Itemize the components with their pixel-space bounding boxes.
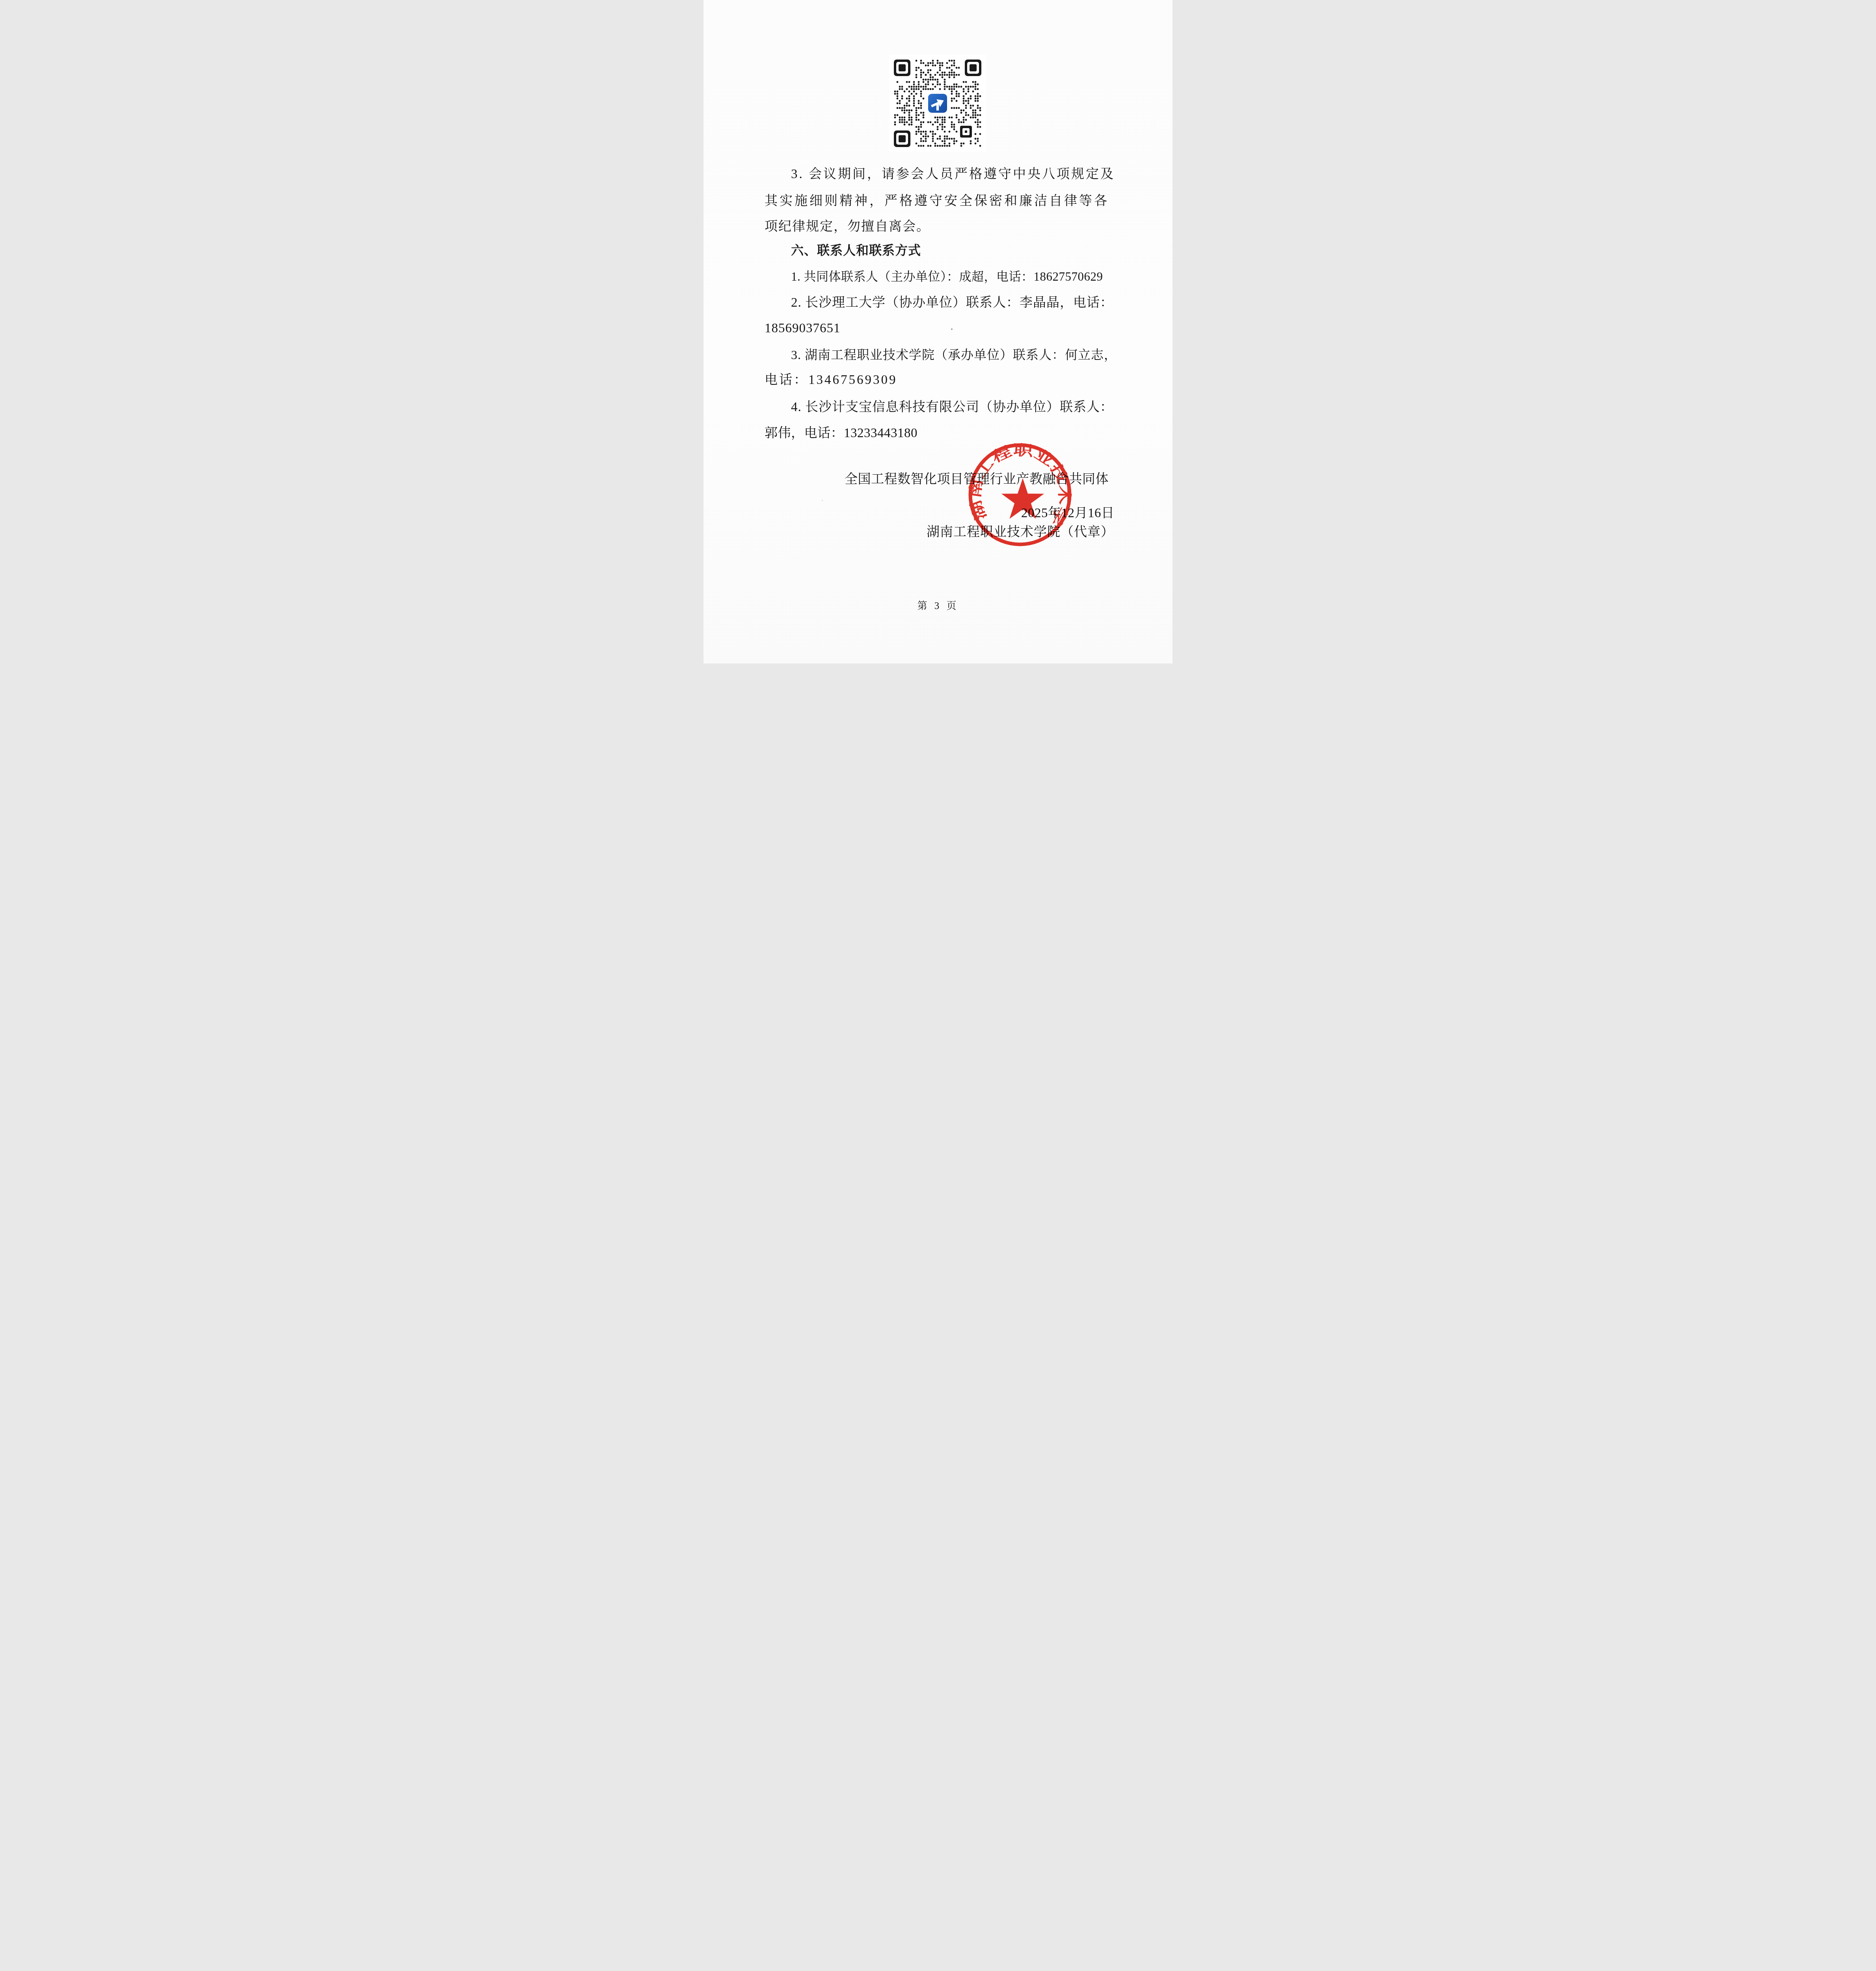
qr-code (889, 55, 986, 152)
scan-speck (822, 500, 823, 501)
section-heading-contacts: 六、联系人和联系方式 (791, 243, 921, 258)
contact-item-1: 1. 共同体联系人（主办单位）：成超，电话：18627570629 (791, 270, 1103, 284)
contact-item-3-line-2: 电话：13467569309 (765, 373, 897, 388)
document-page: 3. 会议期间，请参会人员严格遵守中央八项规定及 其实施细则精神，严格遵守安全保… (703, 0, 1172, 663)
official-seal: 湖南工程职业技术学院 (961, 436, 1079, 554)
paragraph-discipline-line-2: 其实施细则精神，严格遵守安全保密和廉洁自律等各 (765, 194, 1109, 209)
seal-star-icon (1001, 478, 1044, 519)
paragraph-discipline-line-1: 3. 会议期间，请参会人员严格遵守中央八项规定及 (791, 167, 1115, 182)
svg-text:湖南工程职业技术学院: 湖南工程职业技术学院 (961, 436, 1072, 529)
scan-speck (951, 328, 953, 330)
contact-item-2-line-1: 2. 长沙理工大学（协办单位）联系人：李晶晶，电话： (791, 296, 1113, 311)
contact-item-2-line-2: 18569037651 (765, 321, 841, 336)
contact-item-4-line-1: 4. 长沙计支宝信息科技有限公司（协办单位）联系人： (791, 400, 1113, 415)
contact-item-4-line-2: 郭伟，电话：13233443180 (765, 426, 918, 441)
qr-center-logo (928, 94, 947, 113)
page-number: 第 3 页 (703, 601, 1172, 612)
navigation-arrow-icon (929, 95, 946, 112)
paragraph-discipline-line-3: 项纪律规定，勿擅自离会。 (765, 220, 930, 235)
seal-arc-text: 湖南工程职业技术学院 (961, 436, 1072, 529)
scan-speck (916, 176, 918, 177)
contact-item-3-line-1: 3. 湖南工程职业技术学院（承办单位）联系人：何立志， (791, 348, 1117, 362)
